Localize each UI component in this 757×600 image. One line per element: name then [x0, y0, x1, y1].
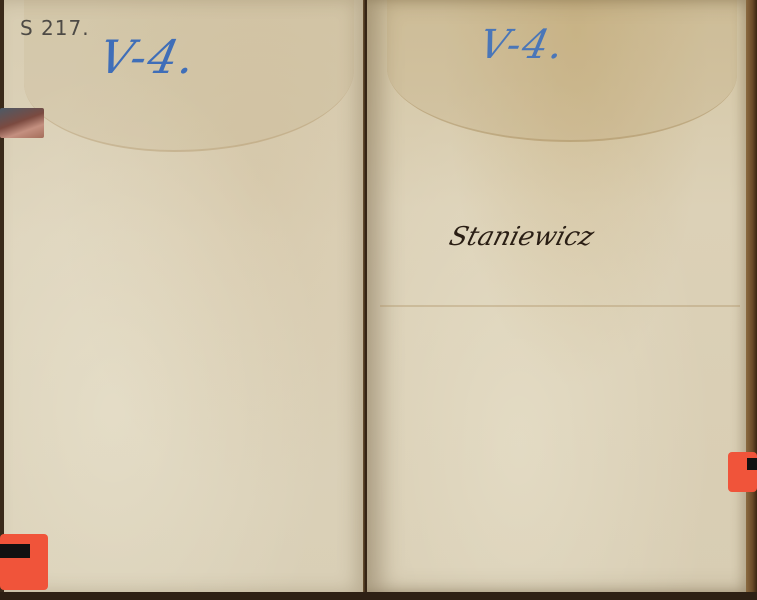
handwritten-signature: Staniewicz [446, 222, 597, 252]
left-page: S 217. V-4. [4, 0, 367, 592]
paper-crease [380, 305, 740, 307]
blue-pencil-mark-right: V-4. [475, 22, 570, 68]
orange-clip-right [728, 452, 757, 492]
bottom-edge [0, 592, 757, 600]
cover-edge [746, 0, 757, 600]
tape-fragment [0, 108, 44, 138]
orange-clip-left [0, 534, 48, 590]
book-spread: S 217. V-4. V-4. Staniewicz [0, 0, 757, 600]
right-page [367, 0, 747, 592]
shelfmark-text: S 217. [20, 16, 90, 40]
blue-pencil-mark-left: V-4. [94, 30, 202, 84]
